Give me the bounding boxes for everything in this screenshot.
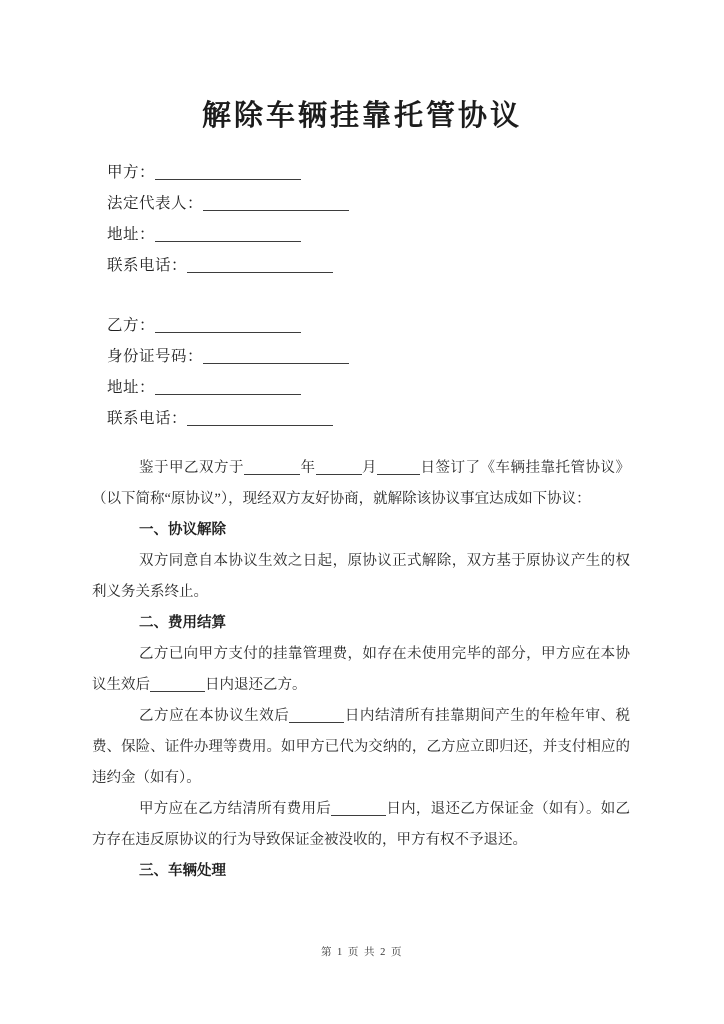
section-heading: 一、协议解除	[92, 515, 630, 546]
inline-blank	[377, 461, 420, 475]
inline-blank	[289, 709, 344, 723]
field-underline	[155, 228, 301, 242]
section-heading: 三、车辆处理	[92, 856, 630, 887]
text-run: 乙方应在本协议生效后	[139, 708, 289, 724]
field-row: 身份证号码：	[107, 341, 724, 372]
field-underline	[203, 197, 349, 211]
field-label: 地址：	[107, 379, 155, 396]
document-title: 解除车辆挂靠托管协议	[0, 0, 724, 136]
paragraph: 鉴于甲乙双方于年月日签订了《车辆挂靠托管协议》（以下简称“原协议”），现经双方友…	[92, 453, 630, 515]
paragraph: 乙方应在本协议生效后日内结清所有挂靠期间产生的年检年审、税费、保险、证件办理等费…	[92, 701, 630, 794]
field-underline	[155, 319, 301, 333]
paragraph: 双方同意自本协议生效之日起，原协议正式解除，双方基于原协议产生的权利义务关系终止…	[92, 546, 630, 608]
party-b-fields: 乙方：身份证号码：地址：联系电话：	[107, 310, 724, 434]
inline-blank	[316, 461, 362, 475]
field-row: 法定代表人：	[107, 188, 724, 219]
field-underline	[155, 166, 301, 180]
text-run: 双方同意自本协议生效之日起，原协议正式解除，双方基于原协议产生的权利义务关系终止…	[92, 553, 630, 600]
text-run: 二、费用结算	[139, 615, 226, 631]
text-run: 日内退还乙方。	[205, 677, 307, 693]
field-row: 联系电话：	[107, 250, 724, 281]
field-row: 联系电话：	[107, 403, 724, 434]
paragraph: 甲方应在乙方结清所有费用后日内，退还乙方保证金（如有）。如乙方存在违反原协议的行…	[92, 794, 630, 856]
paragraph: 乙方已向甲方支付的挂靠管理费，如存在未使用完毕的部分，甲方应在本协议生效后日内退…	[92, 639, 630, 701]
section-heading: 二、费用结算	[92, 608, 630, 639]
inline-blank	[331, 802, 386, 816]
field-row: 甲方：	[107, 157, 724, 188]
agreement-body: 鉴于甲乙双方于年月日签订了《车辆挂靠托管协议》（以下简称“原协议”），现经双方友…	[92, 453, 630, 887]
field-row: 地址：	[107, 372, 724, 403]
field-label: 法定代表人：	[107, 195, 203, 212]
field-label: 地址：	[107, 226, 155, 243]
field-underline	[187, 259, 333, 273]
text-run: 月	[362, 460, 378, 476]
inline-blank	[150, 678, 205, 692]
field-row: 乙方：	[107, 310, 724, 341]
page-number-footer: 第 1 页 共 2 页	[0, 944, 724, 959]
inline-blank	[244, 461, 300, 475]
field-label: 身份证号码：	[107, 348, 203, 365]
field-label: 乙方：	[107, 317, 155, 334]
text-run: 鉴于甲乙双方于	[139, 460, 244, 476]
text-run: 甲方应在乙方结清所有费用后	[139, 801, 331, 817]
document-page: 解除车辆挂靠托管协议 甲方：法定代表人：地址：联系电话： 乙方：身份证号码：地址…	[0, 0, 724, 1024]
field-row: 地址：	[107, 219, 724, 250]
text-run: 一、协议解除	[139, 522, 226, 538]
field-underline	[155, 381, 301, 395]
field-label: 联系电话：	[107, 410, 187, 427]
field-label: 联系电话：	[107, 257, 187, 274]
text-run: 三、车辆处理	[139, 863, 226, 879]
field-label: 甲方：	[107, 164, 155, 181]
field-underline	[187, 412, 333, 426]
field-underline	[203, 350, 349, 364]
party-a-fields: 甲方：法定代表人：地址：联系电话：	[107, 157, 724, 281]
text-run: 年	[300, 460, 316, 476]
